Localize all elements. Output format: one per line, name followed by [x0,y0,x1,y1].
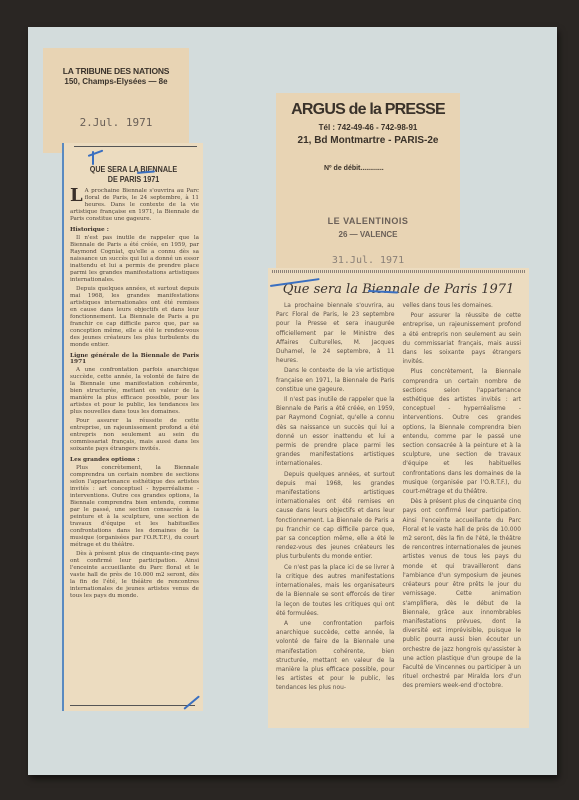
paragraph: Pour assurer la réussite de cette entrep… [70,418,199,453]
pen-mark [92,151,94,165]
article-column-2: velles dans tous les domaines. Pour assu… [403,302,522,712]
paragraph: Dans le contexte de la vie artistique fr… [276,367,395,395]
article-column-1: La prochaine biennale s'ouvrira, au Parc… [276,302,395,700]
publication-city: 26 — VALENCE [276,230,460,239]
article-body: LA prochaine Biennale s'ouvrira au Parc … [70,188,199,602]
paragraph: Pour assurer la réussite de cette entrep… [403,312,522,367]
paragraph: Dès à présent plus de cinquante cinq pay… [403,498,522,691]
rule-line [74,146,197,147]
paragraph: La prochaine biennale s'ouvrira, au Parc… [276,302,395,366]
publication-name: LA TRIBUNE DES NATIONS [43,66,189,76]
publication-name: LE VALENTINOIS [276,216,460,226]
agency-name: ARGUS de la PRESSE [276,101,460,119]
paragraph: Plus concrètement, la Biennale comprendr… [403,368,522,497]
section-heading: Ligne générale de la Biennale de Paris 1… [70,353,199,365]
paragraph: A une confrontation parfois anarchique s… [70,367,199,416]
left-header-clipping: LA TRIBUNE DES NATIONS 150, Champs-Elysé… [43,48,189,153]
paragraph: A une confrontation parfois anarchique s… [276,620,395,694]
paragraph: Il n'est pas inutile de rappeler que la … [70,235,199,284]
paragraph: Il n'est pas inutile de rappeler que la … [276,396,395,470]
debit-number-label: Nº de débit............ [324,165,384,172]
paragraph: Plus concrètement, la Biennale comprendr… [70,465,199,549]
article-columns: La prochaine biennale s'ouvrira, au Parc… [276,302,521,712]
date-stamp: 2.Jul. 1971 [43,116,189,129]
left-article-clipping: QUE SERA LA BIENNALE DE PARIS 1971 LA pr… [62,143,203,711]
decorative-rule [272,270,525,273]
section-heading: Historique : [70,227,199,233]
paragraph: Depuis quelques années, et surtout depui… [70,286,199,349]
paragraph: Dès à présent plus de cinquante-cinq pay… [70,551,199,600]
date-stamp: 31.Jul. 1971 [276,255,460,266]
right-header-clipping: ARGUS de la PRESSE Tél : 742-49-46 - 742… [276,93,460,268]
right-article-clipping: Que sera la Biennale de Paris 1971 La pr… [268,268,529,728]
paragraph: Ce n'est pas la place ici de se livrer à… [276,564,395,619]
drop-cap: L [70,188,83,204]
publication-address: 150, Champs-Elysées — 8e [43,77,189,86]
paragraph: velles dans tous les domaines. [403,302,522,311]
article-title: QUE SERA LA BIENNALE DE PARIS 1971 [71,165,196,185]
agency-address: 21, Bd Montmartre - PARIS-2e [276,135,460,146]
article-title: Que sera la Biennale de Paris 1971 [268,282,529,297]
paragraph: Depuis quelques années, et surtout depui… [276,471,395,563]
agency-phone: Tél : 742-49-46 - 742-98-91 [276,123,460,132]
rule-line [70,705,195,706]
section-heading: Les grandes options : [70,457,199,463]
